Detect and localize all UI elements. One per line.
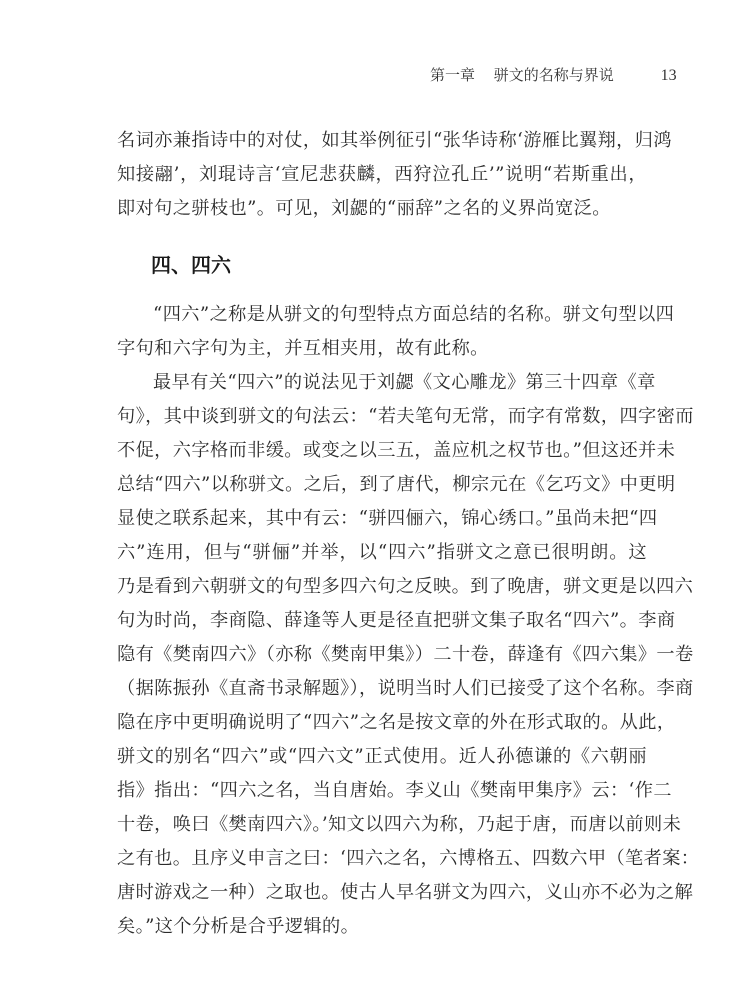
text-line: （据陈振孙《直斋书录解题》），说明当时人们已接受了这个名称。李商 <box>117 672 647 706</box>
text-line: 之有也。且序义申言之曰：‘四六之名，六博格五、四数六甲（笔者案： <box>117 842 647 876</box>
text-line: 不促，六字格而非缓。或变之以三五，盖应机之权节也。”但这还并未 <box>117 434 647 468</box>
running-head: 第一章 骈文的名称与界说 13 <box>430 64 677 85</box>
text-line: 字句和六字句为主，并互相夹用，故有此称。 <box>117 332 647 366</box>
text-line: 句为时尚，李商隐、薛逢等人更是径直把骈文集子取名“四六”。李商 <box>117 604 647 638</box>
chapter-title: 骈文的名称与界说 <box>494 64 614 85</box>
text-line: 六”连用，但与“骈俪”并举，以“四六”指骈文之意已很明朗。这 <box>117 536 647 570</box>
chapter-label: 第一章 <box>430 64 475 85</box>
text-line: 矣。”这个分析是合乎逻辑的。 <box>117 910 647 944</box>
paragraph-definition: “四六”之称是从骈文的句型特点方面总结的名称。骈文句型以四 字句和六字句为主，并… <box>117 298 647 366</box>
text-line: 唐时游戏之一种）之取也。使古人早名骈文为四六，义山亦不必为之解 <box>117 876 647 910</box>
text-line: 乃是看到六朝骈文的句型多四六句之反映。到了晚唐，骈文更是以四六 <box>117 570 647 604</box>
text-line: 隐在序中更明确说明了“四六”之名是按文章的外在形式取的。从此， <box>117 706 647 740</box>
paragraph-continued: 名词亦兼指诗中的对仗，如其举例征引“张华诗称‘游雁比翼翔，归鸿 知接翮’，刘琨诗… <box>117 124 647 226</box>
text-line: 最早有关“四六”的说法见于刘勰《文心雕龙》第三十四章《章 <box>117 366 647 400</box>
text-line: 显使之联系起来，其中有云：“骈四俪六，锦心绣口。”虽尚未把“四 <box>117 502 647 536</box>
text-line: 十卷，唤曰《樊南四六》。’知文以四六为称，乃起于唐，而唐以前则未 <box>117 808 647 842</box>
text-line: 即对句之骈枝也”。可见，刘勰的“丽辞”之名的义界尚宽泛。 <box>117 192 647 226</box>
text-line: 总结“四六”以称骈文。之后，到了唐代，柳宗元在《乞巧文》中更明 <box>117 468 647 502</box>
page-number: 13 <box>661 67 677 85</box>
paragraph-history: 最早有关“四六”的说法见于刘勰《文心雕龙》第三十四章《章 句》，其中谈到骈文的句… <box>117 366 647 944</box>
text-line: 知接翮’，刘琨诗言‘宣尼悲获麟，西狩泣孔丘’”说明“若斯重出， <box>117 158 647 192</box>
text-line: 指》指出：“四六之名，当自唐始。李义山《樊南甲集序》云：‘作二 <box>117 774 647 808</box>
text-line: 句》，其中谈到骈文的句法云：“若夫笔句无常，而字有常数，四字密而 <box>117 400 647 434</box>
text-line: 隐有《樊南四六》（亦称《樊南甲集》）二十卷，薛逢有《四六集》一卷 <box>117 638 647 672</box>
section-heading: 四、四六 <box>117 232 647 298</box>
text-line: 名词亦兼指诗中的对仗，如其举例征引“张华诗称‘游雁比翼翔，归鸿 <box>117 124 647 158</box>
text-line: 骈文的别名“四六”或“四六文”正式使用。近人孙德谦的《六朝丽 <box>117 740 647 774</box>
text-line: “四六”之称是从骈文的句型特点方面总结的名称。骈文句型以四 <box>117 298 647 332</box>
body-text: 名词亦兼指诗中的对仗，如其举例征引“张华诗称‘游雁比翼翔，归鸿 知接翮’，刘琨诗… <box>117 124 647 944</box>
